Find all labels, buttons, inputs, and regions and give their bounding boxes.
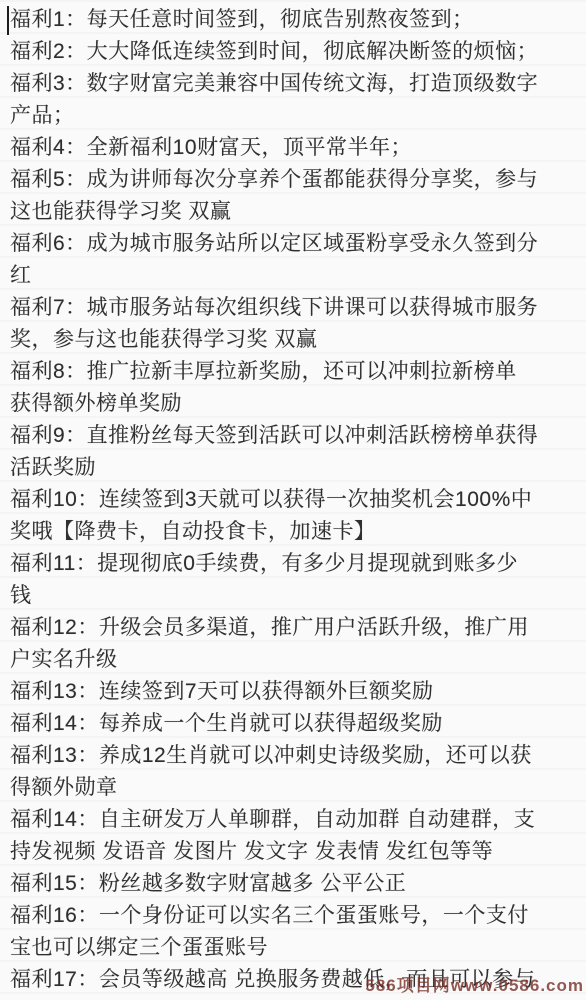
- benefit-item-16: 福利14：自主研发万人单聊群，自动加群 自动建群，支 持发视频 发语音 发图片 …: [10, 804, 580, 868]
- benefits-text-page: 福利1：每天任意时间签到，彻底告别熬夜签到； 福利2：大大降低连续签到时间，彻底…: [0, 0, 586, 1000]
- benefit-item-7: 福利7：城市服务站每次组织线下讲课可以获得城市服务 奖，参与这也能获得学习奖 双…: [10, 292, 580, 356]
- benefit-item-13: 福利13：连续签到7天可以获得额外巨额奖励: [10, 676, 580, 708]
- benefits-list: 福利1：每天任意时间签到，彻底告别熬夜签到； 福利2：大大降低连续签到时间，彻底…: [10, 4, 580, 996]
- benefit-item-8: 福利8：推广拉新丰厚拉新奖励，还可以冲刺拉新榜单 获得额外榜单奖励: [10, 356, 580, 420]
- benefit-item-17: 福利15：粉丝越多数字财富越多 公平公正: [10, 868, 580, 900]
- benefit-item-14: 福利14：每养成一个生肖就可以获得超级奖励: [10, 708, 580, 740]
- benefit-item-12: 福利12：升级会员多渠道，推广用户活跃升级，推广用 户实名升级: [10, 612, 580, 676]
- benefit-item-3: 福利3：数字财富完美兼容中国传统文海，打造顶级数字 产品；: [10, 68, 580, 132]
- text-cursor: [7, 6, 9, 35]
- benefit-item-10: 福利10：连续签到3天就可以获得一次抽奖机会100%中 奖哦【降费卡，自动投食卡…: [10, 484, 580, 548]
- benefit-item-6: 福利6：成为城市服务站所以定区域蛋粉享受永久签到分 红: [10, 228, 580, 292]
- benefit-item-4: 福利4：全新福利10财富天，顶平常半年；: [10, 132, 580, 164]
- watermark: 586项目网www.0586.com: [365, 971, 584, 996]
- benefit-item-11: 福利11：提现彻底0手续费，有多少月提现就到账多少 钱: [10, 548, 580, 612]
- benefit-item-9: 福利9：直推粉丝每天签到活跃可以冲刺活跃榜榜单获得 活跃奖励: [10, 420, 580, 484]
- benefit-item-5: 福利5：成为讲师每次分享养个蛋都能获得分享奖，参与 这也能获得学习奖 双赢: [10, 164, 580, 228]
- benefit-item-18: 福利16：一个身份证可以实名三个蛋蛋账号，一个支付 宝也可以绑定三个蛋蛋账号: [10, 900, 580, 964]
- benefit-item-2: 福利2：大大降低连续签到时间，彻底解决断签的烦恼；: [10, 36, 580, 68]
- benefit-item-15: 福利13：养成12生肖就可以冲刺史诗级奖励，还可以获 得额外勋章: [10, 740, 580, 804]
- benefit-item-1: 福利1：每天任意时间签到，彻底告别熬夜签到；: [10, 4, 580, 36]
